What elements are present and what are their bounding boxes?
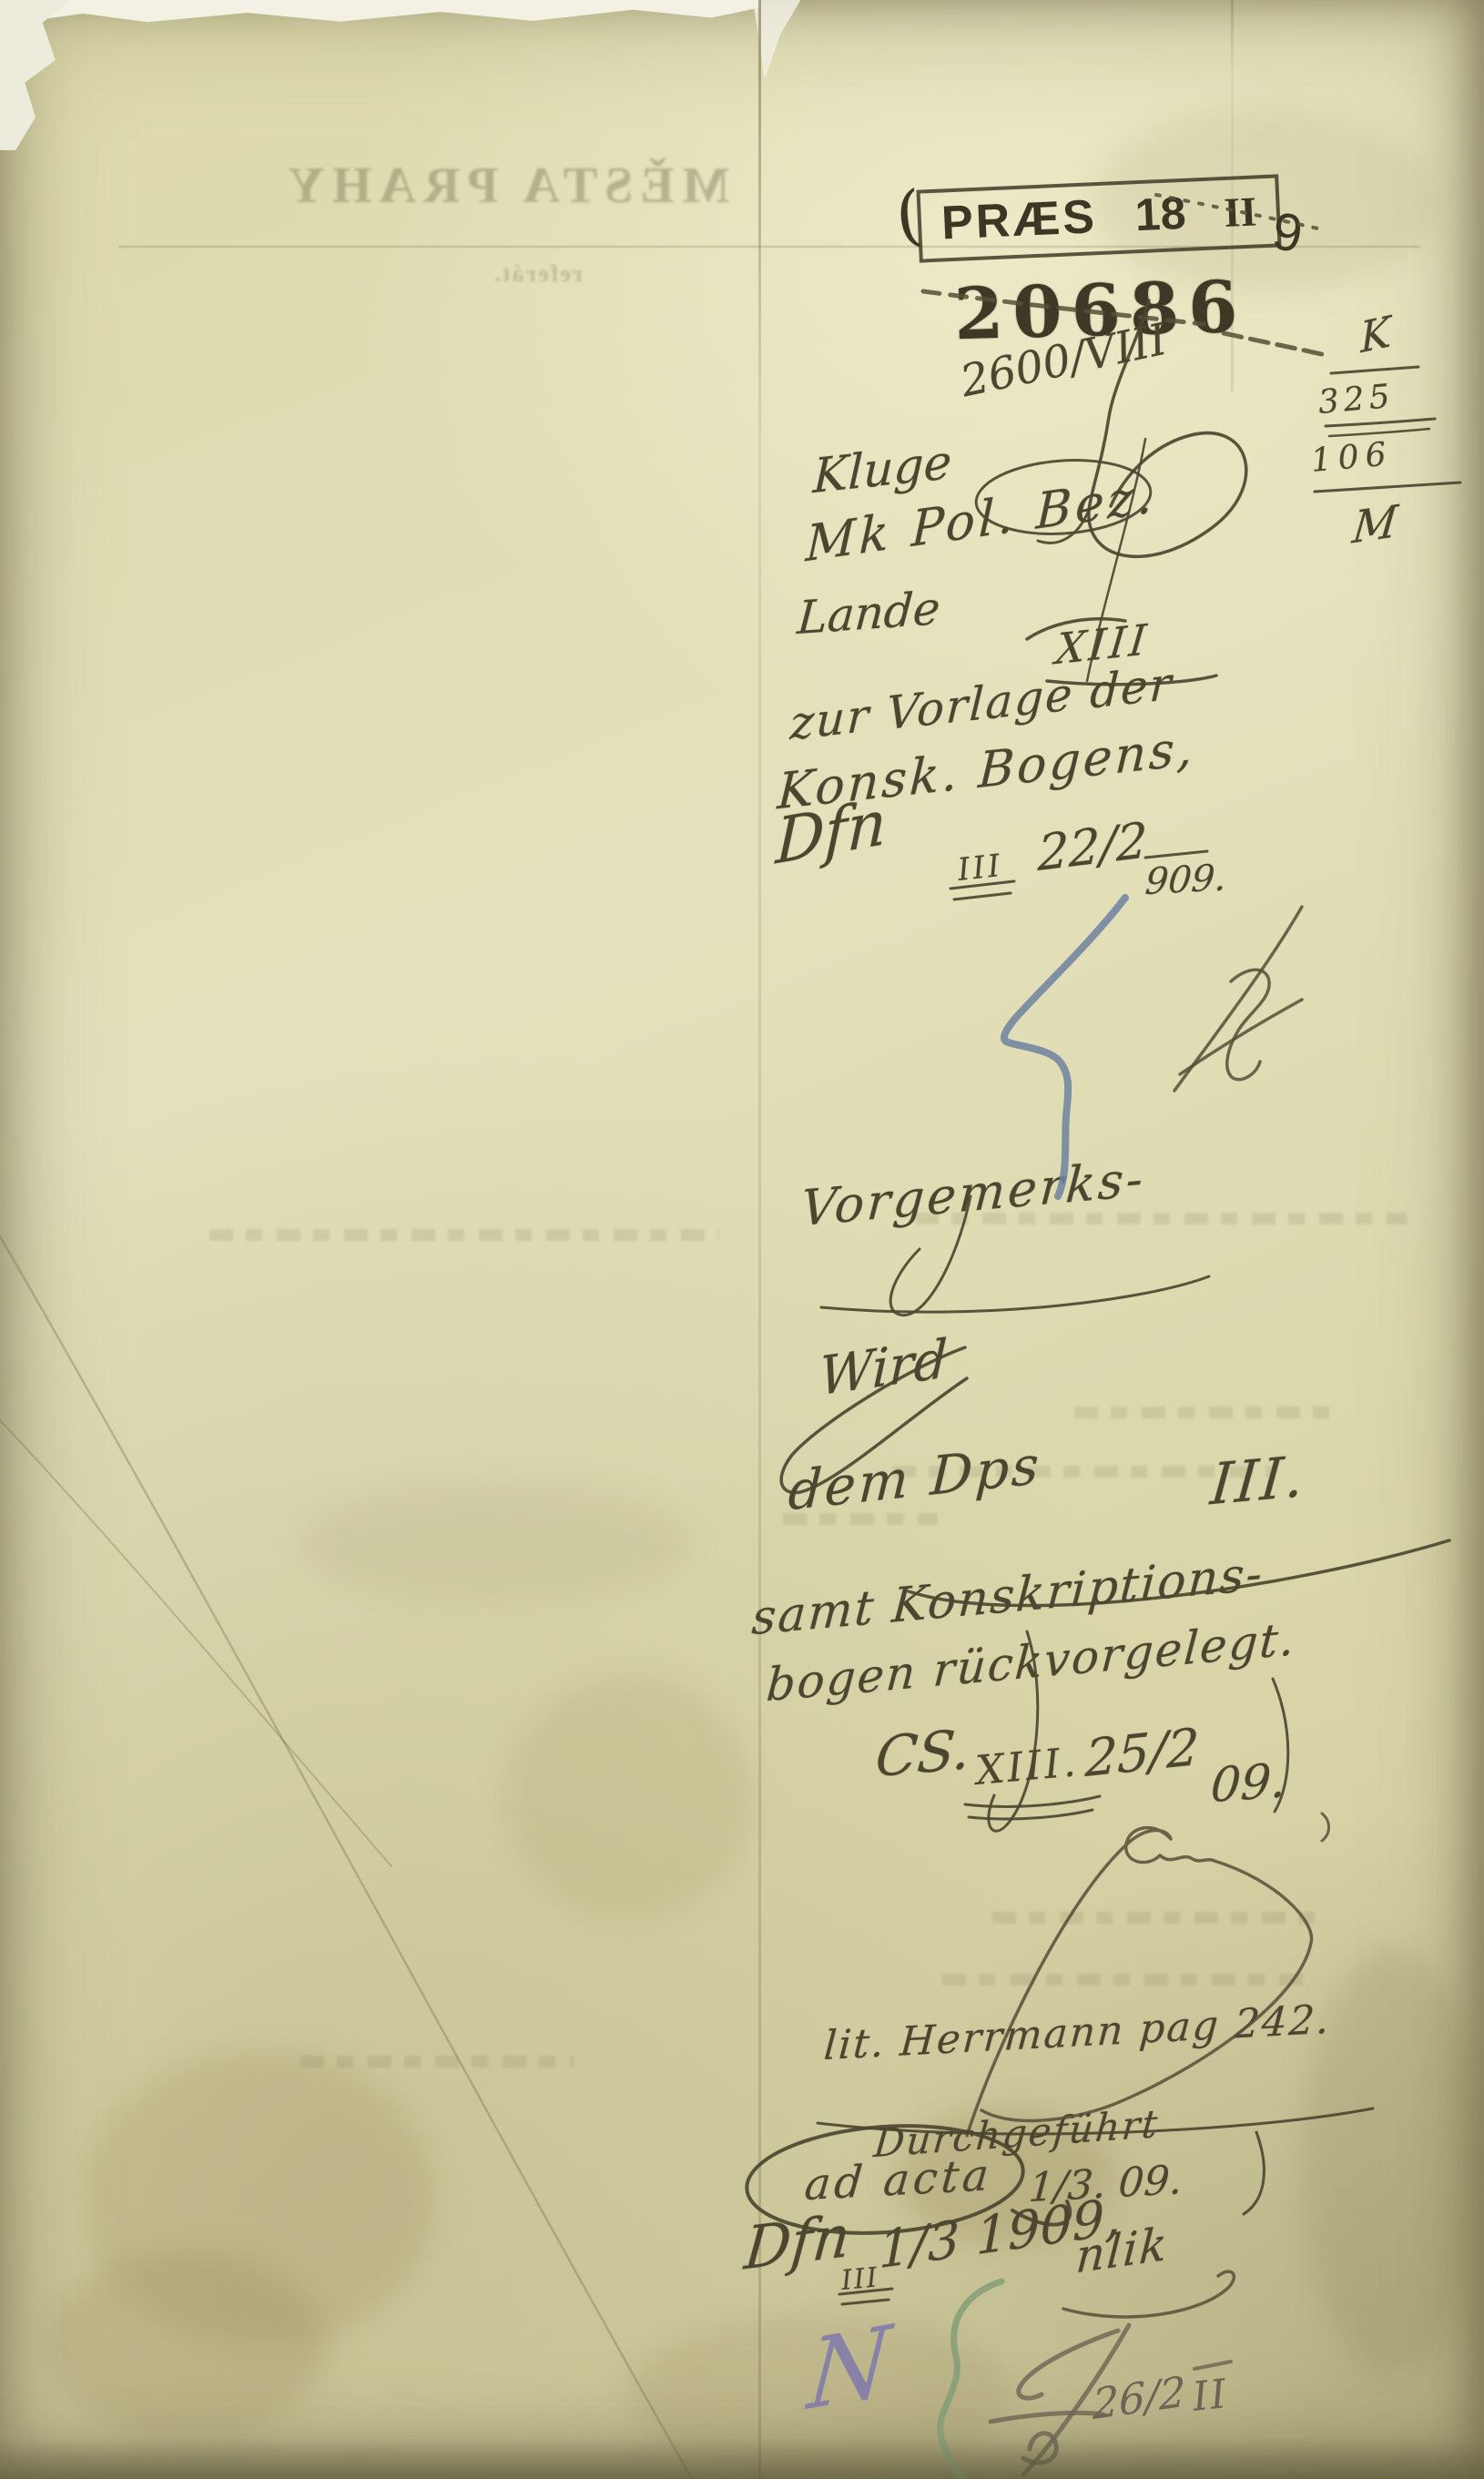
ink-paraph-curl xyxy=(1227,970,1269,1080)
ad-acta-oval xyxy=(743,2118,1026,2242)
signature-swash xyxy=(1063,2271,1234,2317)
lit-underline xyxy=(818,2108,1373,2134)
cs-underline xyxy=(969,1810,1093,1819)
margin-underline xyxy=(1315,483,1460,492)
flourish-tail xyxy=(1038,510,1089,543)
ink-paraph-diagonal xyxy=(1174,907,1302,1091)
district-underline xyxy=(1047,676,1216,685)
paraph-hook xyxy=(1322,1814,1329,1841)
durchgefuehrt-tail xyxy=(1244,2132,1264,2214)
ink-flourish-layer xyxy=(0,0,1484,2479)
vorgemerkt-descender xyxy=(890,1196,971,1316)
stamp-dash-line xyxy=(923,291,1204,324)
official-paraph xyxy=(967,1828,1312,2136)
blue-pencil-paraph xyxy=(1004,898,1125,1196)
vorgemerkt-underline xyxy=(821,1276,1209,1312)
stamp-dash-line xyxy=(1224,333,1326,355)
numeral-underline xyxy=(954,893,1011,899)
numeral-underline xyxy=(950,881,1014,889)
numeral-underline xyxy=(842,2300,889,2304)
stamp-dotted-line xyxy=(1156,195,1322,229)
dps-underline-swash xyxy=(909,1540,1449,1606)
year-overline xyxy=(1145,851,1207,858)
cs-underline xyxy=(965,1796,1100,1806)
diagonal-crease xyxy=(0,1420,391,1866)
margin-underline xyxy=(1331,367,1418,373)
bottom-edge-shadow xyxy=(0,2438,1484,2479)
archival-document-page: MĚSTA PRAHY referát. ( PRÆS 18 II 9 2068… xyxy=(0,0,1484,2479)
ink-paraph-cross xyxy=(1180,1000,1302,1074)
pencil-numeral-overline xyxy=(1194,2362,1231,2369)
margin-underline xyxy=(1329,429,1429,436)
graphite-paraph-cross xyxy=(991,2413,1103,2422)
margin-underline xyxy=(1326,419,1435,426)
flourish-loop xyxy=(1089,300,1246,556)
konskription-descender xyxy=(989,1631,1038,1831)
rueckvorgelegt-ascender xyxy=(1273,1679,1288,1812)
numeral-underline xyxy=(839,2289,892,2294)
district-intro-curve xyxy=(1027,619,1125,639)
wird-flourish xyxy=(781,1347,967,1493)
diagonal-crease xyxy=(0,1236,692,2479)
ad-acta-tail xyxy=(1012,2201,1070,2225)
